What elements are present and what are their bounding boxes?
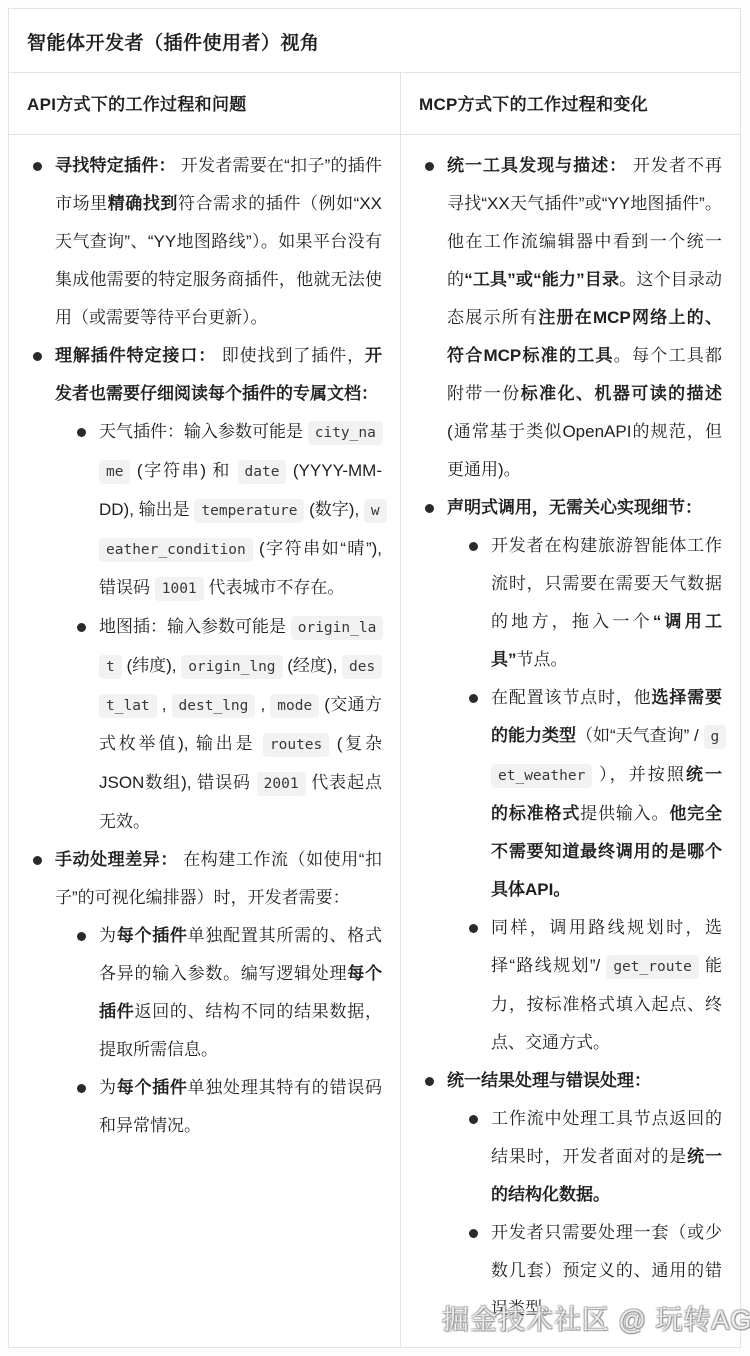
plain-text: 代表城市不存在。	[204, 578, 345, 597]
inline-code: temperature	[194, 499, 304, 523]
bullet-icon	[77, 623, 86, 632]
bullet-icon	[77, 1084, 86, 1093]
bold-text: 每个插件	[117, 1078, 188, 1097]
list-item-text: 同样，调用路线规划时，选择“路线规划”/ get_route 能力，按标准格式填…	[491, 918, 722, 1052]
inline-code: routes	[263, 733, 329, 757]
inline-code: origin_lng	[181, 655, 282, 679]
list-item-text: 手动处理差异： 在构建工作流（如使用“扣子”的可视化编排器）时，开发者需要：	[55, 850, 382, 907]
list-item-text: 为每个插件单独处理其特有的错误码和异常情况。	[99, 1078, 382, 1135]
list-item-text: 开发者在构建旅游智能体工作流时，只需要在需要天气数据的地方，拖入一个“调用工具”…	[491, 536, 722, 669]
list-item: 寻找特定插件： 开发者需要在“扣子”的插件市场里精确找到符合需求的插件（例如“X…	[9, 147, 390, 337]
column-body-mcp: 统一工具发现与描述： 开发者不再寻找“XX天气插件”或“YY地图插件”。他在工作…	[401, 135, 740, 1347]
plain-text: ,	[157, 695, 172, 714]
list-item: 统一结果处理与错误处理：	[401, 1062, 730, 1100]
list-item: 理解插件特定接口： 即使找到了插件，开发者也需要仔细阅读每个插件的专属文档：	[9, 337, 390, 413]
inline-code: mode	[270, 694, 319, 718]
list-item-text: 理解插件特定接口： 即使找到了插件，开发者也需要仔细阅读每个插件的专属文档：	[55, 346, 382, 403]
list-item-text: 开发者只需要处理一套（或少数几套）预定义的、通用的错误类型。	[491, 1223, 722, 1318]
plain-text: 天气插件：输入参数可能是	[99, 422, 308, 441]
plain-text: ,	[255, 695, 270, 714]
plain-text: 为	[99, 926, 117, 945]
bullet-icon	[469, 924, 478, 933]
list-item: 统一工具发现与描述： 开发者不再寻找“XX天气插件”或“YY地图插件”。他在工作…	[401, 147, 730, 489]
plain-text: 提供输入。	[580, 804, 669, 823]
list-item-text: 在配置该节点时，他选择需要的能力类型（如“天气查询” / get_weather…	[491, 688, 726, 899]
bold-text: 精确找到	[108, 194, 178, 213]
bullet-icon	[469, 542, 478, 551]
bold-text: 统一工具发现与描述：	[447, 156, 633, 175]
list-item-text: 声明式调用，无需关心实现细节：	[447, 498, 702, 517]
plain-text: (数字),	[304, 500, 364, 519]
bullet-icon	[77, 428, 86, 437]
list-item: 工作流中处理工具节点返回的结果时，开发者面对的是统一的结构化数据。	[401, 1100, 730, 1214]
list-item: 为每个插件单独处理其特有的错误码和异常情况。	[9, 1069, 390, 1145]
list-item: 为每个插件单独配置其所需的、格式各异的输入参数。编写逻辑处理每个插件返回的、结构…	[9, 917, 390, 1069]
list-item: 声明式调用，无需关心实现细节：	[401, 489, 730, 527]
list-item-text: 统一工具发现与描述： 开发者不再寻找“XX天气插件”或“YY地图插件”。他在工作…	[447, 156, 722, 479]
bold-text: 理解插件特定接口：	[55, 346, 222, 365]
plain-text: 地图插：输入参数可能是	[99, 617, 291, 636]
bullet-icon	[77, 932, 86, 941]
bold-text: 手动处理差异：	[55, 850, 183, 869]
inline-code: dest_lng	[172, 694, 256, 718]
table-body-row: 寻找特定插件： 开发者需要在“扣子”的插件市场里精确找到符合需求的插件（例如“X…	[9, 135, 740, 1347]
plain-text: 在配置该节点时，他	[491, 688, 652, 707]
bullet-icon	[33, 856, 42, 865]
plain-text: 开发者只需要处理一套（或少数几套）预定义的、通用的错误类型。	[491, 1223, 722, 1318]
plain-text: 节点。	[517, 650, 568, 669]
plain-text: (纬度),	[122, 656, 182, 675]
list-item: 手动处理差异： 在构建工作流（如使用“扣子”的可视化编排器）时，开发者需要：	[9, 841, 390, 917]
list-item: 地图插：输入参数可能是 origin_lat (纬度), origin_lng …	[9, 608, 390, 841]
bullet-icon	[425, 504, 434, 513]
bold-text: “工具”或“能力”目录	[464, 270, 619, 289]
plain-text: （如“天气查询” /	[576, 726, 704, 745]
plain-text: 返回的、结构不同的结果数据，提取所需信息。	[99, 1002, 382, 1059]
bold-text: 统一结果处理与错误处理：	[447, 1071, 651, 1090]
comparison-table: 智能体开发者（插件使用者）视角 API方式下的工作过程和问题 MCP方式下的工作…	[8, 8, 741, 1348]
plain-text: ），并按照	[592, 765, 686, 784]
list-item: 开发者只需要处理一套（或少数几套）预定义的、通用的错误类型。	[401, 1214, 730, 1328]
plain-text: (经度),	[283, 656, 343, 675]
table-title: 智能体开发者（插件使用者）视角	[9, 9, 740, 73]
list-item: 同样，调用路线规划时，选择“路线规划”/ get_route 能力，按标准格式填…	[401, 909, 730, 1062]
plain-text: 为	[99, 1078, 117, 1097]
list-item-text: 工作流中处理工具节点返回的结果时，开发者面对的是统一的结构化数据。	[491, 1109, 722, 1204]
list-item: 开发者在构建旅游智能体工作流时，只需要在需要天气数据的地方，拖入一个“调用工具”…	[401, 527, 730, 679]
list-item-text: 为每个插件单独配置其所需的、格式各异的输入参数。编写逻辑处理每个插件返回的、结构…	[99, 926, 382, 1059]
column-header-api: API方式下的工作过程和问题	[9, 73, 401, 134]
bold-text: 每个插件	[117, 926, 188, 945]
plain-text: (字符串) 和	[130, 461, 237, 480]
bullet-icon	[425, 1077, 434, 1086]
bullet-icon	[33, 352, 42, 361]
bold-text: 标准化、机器可读的描述	[521, 384, 722, 403]
bold-text: 声明式调用，无需关心实现细节：	[447, 498, 702, 517]
inline-code: date	[238, 460, 287, 484]
bullet-icon	[469, 694, 478, 703]
bullet-icon	[425, 162, 434, 171]
bold-text: 寻找特定插件：	[55, 156, 181, 175]
plain-text: 即使找到了插件，	[222, 346, 365, 365]
column-header-row: API方式下的工作过程和问题 MCP方式下的工作过程和变化	[9, 73, 740, 135]
column-header-mcp: MCP方式下的工作过程和变化	[401, 73, 740, 134]
list-item: 天气插件：输入参数可能是 city_name (字符串) 和 date (YYY…	[9, 413, 390, 608]
list-item-text: 地图插：输入参数可能是 origin_lat (纬度), origin_lng …	[99, 617, 383, 831]
list-item: 在配置该节点时，他选择需要的能力类型（如“天气查询” / get_weather…	[401, 679, 730, 909]
list-item-text: 统一结果处理与错误处理：	[447, 1071, 651, 1090]
inline-code: 2001	[257, 772, 306, 796]
plain-text: (通常基于类似OpenAPI的规范，但更通用)。	[447, 422, 722, 479]
bullet-icon	[469, 1229, 478, 1238]
bullet-icon	[33, 162, 42, 171]
plain-text: 符合需求的插件（例如“XX天气查询”、“YY地图路线”）。如果平台没有集成他需要…	[55, 194, 382, 327]
list-item-text: 天气插件：输入参数可能是 city_name (字符串) 和 date (YYY…	[99, 422, 387, 597]
inline-code: get_route	[606, 955, 699, 979]
list-item-text: 寻找特定插件： 开发者需要在“扣子”的插件市场里精确找到符合需求的插件（例如“X…	[55, 156, 382, 327]
bullet-icon	[469, 1115, 478, 1124]
inline-code: 1001	[155, 577, 204, 601]
column-body-api: 寻找特定插件： 开发者需要在“扣子”的插件市场里精确找到符合需求的插件（例如“X…	[9, 135, 401, 1347]
